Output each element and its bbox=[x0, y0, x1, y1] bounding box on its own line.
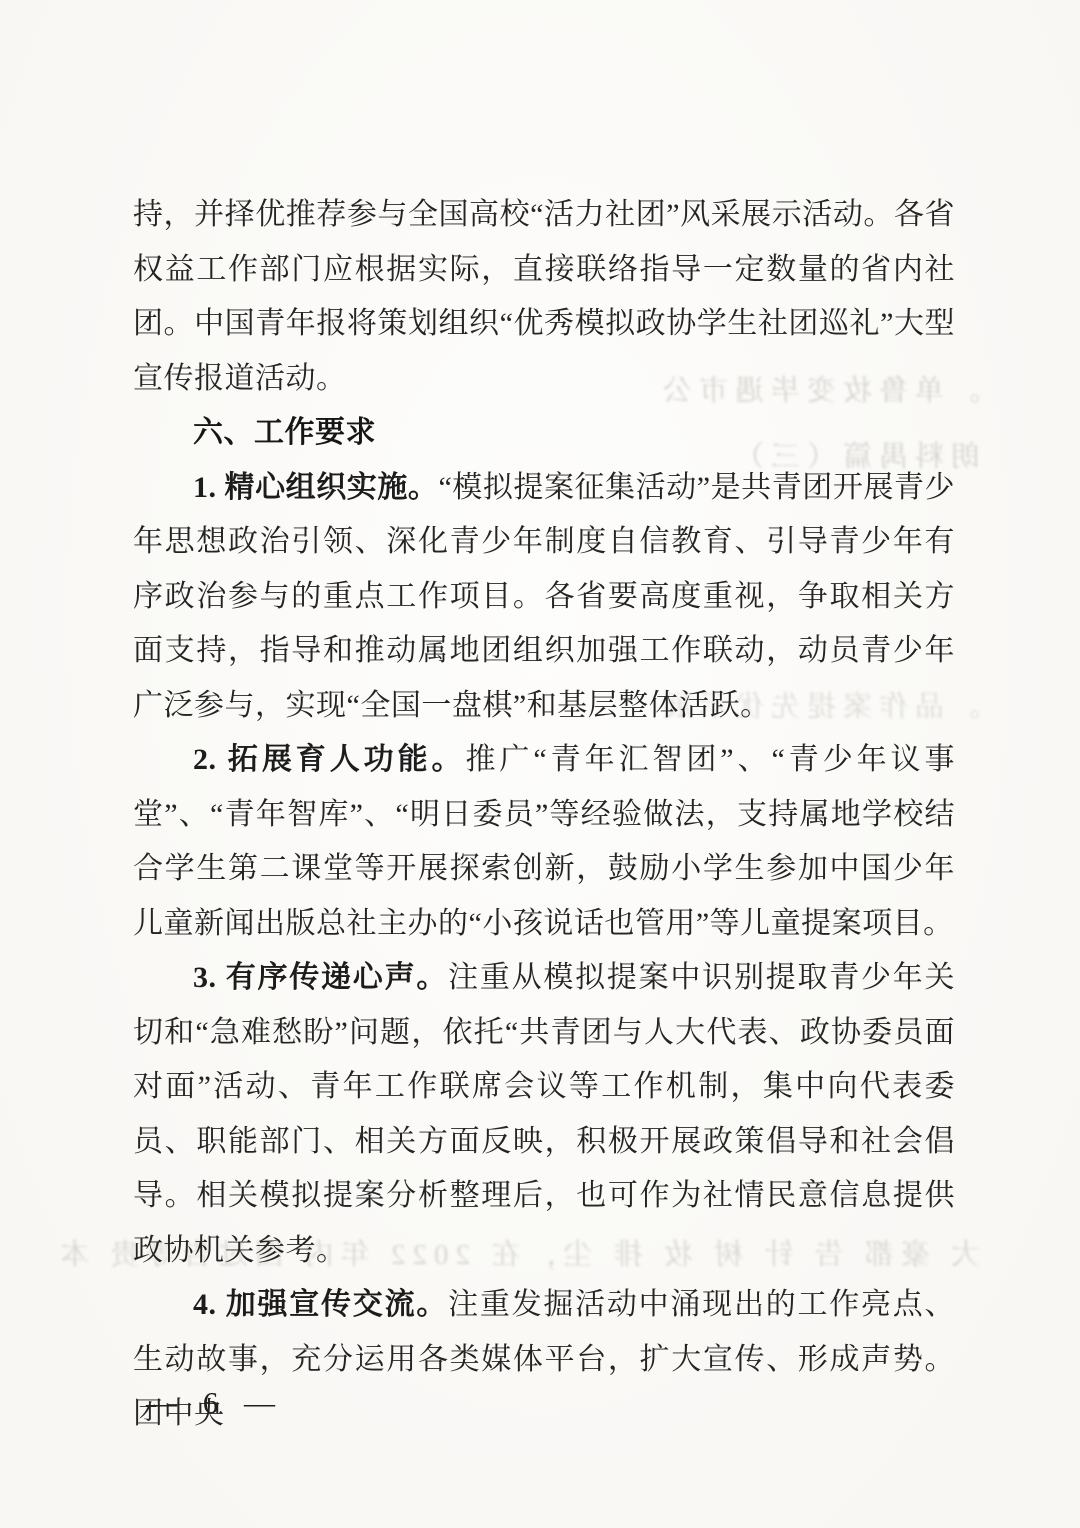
item-3-lead: 3. 有序传递心声。 bbox=[193, 961, 448, 994]
item-4-lead: 4. 加强宣传交流。 bbox=[193, 1288, 448, 1321]
document-body: 持，并择优推荐参与全国高校“活力社团”风采展示活动。各省权益工作部门应根据实际，… bbox=[133, 188, 955, 1442]
continuation-text: 持，并择优推荐参与全国高校“活力社团”风采展示活动。各省权益工作部门应根据实际，… bbox=[133, 198, 955, 395]
paragraph-continuation: 持，并择优推荐参与全国高校“活力社团”风采展示活动。各省权益工作部门应根据实际，… bbox=[133, 188, 955, 406]
item-3-text: 注重从模拟提案中识别提取青少年关切和“急难愁盼”问题，依托“共青团与人大代表、政… bbox=[133, 961, 955, 1267]
section-heading: 六、工作要求 bbox=[133, 406, 955, 461]
item-1-lead: 1. 精心组织实施。 bbox=[193, 471, 438, 504]
document-page: 。单鲁妆变毕遇市公 朗料禺篇（三） 。品作案提先优示展 大 豪都 告 针 树 妆… bbox=[0, 0, 1080, 1528]
item-2-lead: 2. 拓展育人功能。 bbox=[193, 743, 466, 776]
paragraph-item-2: 2. 拓展育人功能。推广“青年汇智团”、“青少年议事堂”、“青年智库”、“明日委… bbox=[133, 733, 955, 951]
page-number: — 6 — bbox=[146, 1385, 279, 1421]
paragraph-item-3: 3. 有序传递心声。注重从模拟提案中识别提取青少年关切和“急难愁盼”问题，依托“… bbox=[133, 951, 955, 1278]
paragraph-item-1: 1. 精心组织实施。“模拟提案征集活动”是共青团开展青少年思想政治引领、深化青少… bbox=[133, 461, 955, 734]
item-1-text: “模拟提案征集活动”是共青团开展青少年思想政治引领、深化青少年制度自信教育、引导… bbox=[133, 471, 955, 722]
